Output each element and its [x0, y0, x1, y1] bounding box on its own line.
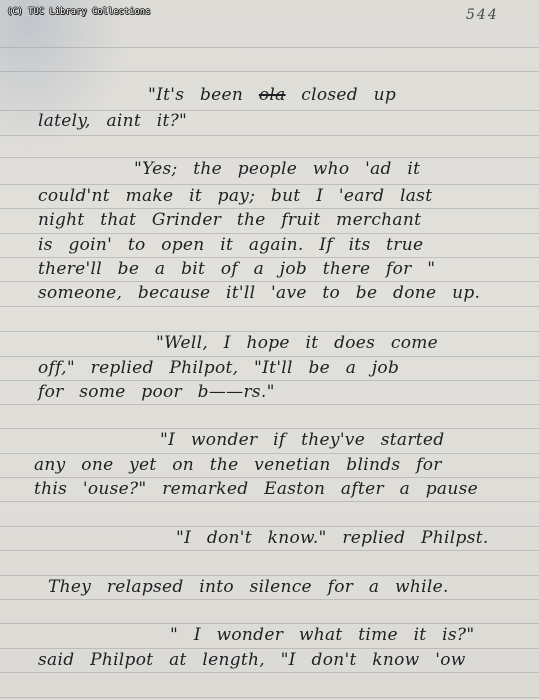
- manuscript-line: could'nt make it pay; but I 'eard last: [38, 186, 432, 206]
- line-text: "It's been: [148, 85, 243, 105]
- line-text: closed up: [301, 85, 396, 105]
- ruled-line: [0, 404, 539, 405]
- ruled-line: [0, 672, 539, 673]
- ruled-line: [0, 648, 539, 649]
- copyright-watermark: (C) TUC Library Collections: [7, 7, 151, 17]
- ruled-line: [0, 575, 539, 576]
- ruled-line: [0, 380, 539, 381]
- ruled-line: [0, 697, 539, 698]
- ruled-line: [0, 208, 539, 209]
- manuscript-page: (C) TUC Library Collections 544 "It's be…: [0, 0, 539, 700]
- manuscript-line: said Philpot at length, "I don't know 'o…: [38, 650, 466, 670]
- manuscript-line: is goin' to open it again. If its true: [38, 235, 423, 255]
- struck-word: ola: [259, 85, 286, 105]
- ruled-line: [0, 623, 539, 624]
- ruled-line: [0, 306, 539, 307]
- manuscript-line: "It's been ola closed up: [148, 85, 396, 105]
- manuscript-line: there'll be a bit of a job there for ": [38, 259, 435, 279]
- manuscript-line: "Well, I hope it does come: [156, 333, 438, 353]
- manuscript-line: for some poor b——rs.": [38, 382, 275, 402]
- ruled-line: [0, 501, 539, 502]
- ruled-line: [0, 331, 539, 332]
- ruled-line: [0, 550, 539, 551]
- manuscript-line: someone, because it'll 'ave to be done u…: [38, 283, 480, 303]
- ruled-line: [0, 356, 539, 357]
- page-number: 544: [466, 7, 499, 23]
- ruled-line: [0, 453, 539, 454]
- ruled-line: [0, 184, 539, 185]
- manuscript-line: "Yes; the people who 'ad it: [134, 159, 420, 179]
- ruled-line: [0, 135, 539, 136]
- ruled-line: [0, 47, 539, 48]
- manuscript-line: "I don't know." replied Philpst.: [176, 528, 489, 548]
- manuscript-line: They relapsed into silence for a while.: [48, 577, 449, 597]
- manuscript-line: this 'ouse?" remarked Easton after a pau…: [34, 479, 478, 499]
- ruled-line: [0, 157, 539, 158]
- ruled-line: [0, 526, 539, 527]
- ruled-line: [0, 281, 539, 282]
- ruled-line: [0, 428, 539, 429]
- manuscript-line: lately, aint it?": [38, 111, 187, 131]
- ruled-line: [0, 477, 539, 478]
- ruled-line: [0, 257, 539, 258]
- manuscript-line: " I wonder what time it is?": [170, 625, 474, 645]
- ruled-line: [0, 599, 539, 600]
- ruled-line: [0, 71, 539, 72]
- manuscript-line: any one yet on the venetian blinds for: [34, 455, 442, 475]
- ruled-line: [0, 233, 539, 234]
- manuscript-line: night that Grinder the fruit merchant: [38, 210, 421, 230]
- manuscript-line: "I wonder if they've started: [160, 430, 444, 450]
- manuscript-line: off," replied Philpot, "It'll be a job: [38, 358, 399, 378]
